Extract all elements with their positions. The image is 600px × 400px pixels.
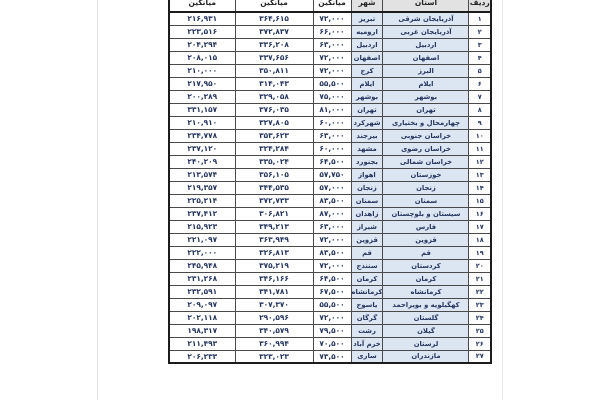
province-cell: زنجان	[383, 181, 469, 194]
rank-cell: ۲۲	[469, 285, 491, 298]
average-low-cell: ۲۱۶,۹۳۱	[169, 12, 235, 25]
rank-cell: ۶	[469, 77, 491, 90]
average-mid-cell: ۳۷۶,۰۳۵	[235, 103, 313, 116]
average-low-cell: ۲۲۱,۰۹۷	[169, 233, 235, 246]
average-low-cell: ۲۳۷,۱۲۰	[169, 142, 235, 155]
average-city-cell: ۷۵,۰۰۰	[313, 90, 351, 103]
column-header-average-3: میانگین	[169, 0, 235, 12]
average-low-cell: ۱۹۸,۳۱۷	[169, 324, 235, 337]
average-mid-cell: ۳۴۹,۲۱۳	[235, 220, 313, 233]
province-cell: گلستان	[383, 311, 469, 324]
average-city-cell: ۸۷,۰۰۰	[313, 207, 351, 220]
table-row: ۳اردبیلاردبیل۶۳,۰۰۰۳۳۶,۲۰۸۲۰۴,۲۹۴	[169, 38, 491, 51]
city-cell: بوشهر	[351, 90, 383, 103]
province-cell: سمنان	[383, 194, 469, 207]
province-cell: لرستان	[383, 337, 469, 350]
table-row: ۱۰خراسان جنوبیبیرجند۶۳,۰۰۰۳۵۳,۶۲۳۲۳۴,۷۷۸	[169, 129, 491, 142]
column-header-average-1: میانگین	[313, 0, 351, 12]
rank-cell: ۱۹	[469, 246, 491, 259]
city-cell: ساری	[351, 350, 383, 363]
average-city-cell: ۶۳,۰۰۰	[313, 220, 351, 233]
rank-cell: ۱۴	[469, 181, 491, 194]
average-city-cell: ۶۷,۵۰۰	[313, 285, 351, 298]
average-city-cell: ۷۲,۰۰۰	[313, 64, 351, 77]
rank-cell: ۲۱	[469, 272, 491, 285]
average-mid-cell: ۳۷۵,۲۱۹	[235, 259, 313, 272]
province-cell: سیستان و بلوچستان	[383, 207, 469, 220]
average-mid-cell: ۳۴۶,۱۶۶	[235, 272, 313, 285]
province-cell: مازندران	[383, 350, 469, 363]
city-cell: گرگان	[351, 311, 383, 324]
average-low-cell: ۲۳۲,۵۹۱	[169, 285, 235, 298]
rank-cell: ۱۱	[469, 142, 491, 155]
average-mid-cell: ۳۳۷,۶۵۶	[235, 51, 313, 64]
table-header: ردیف استان شهر میانگین میانگین میانگین	[169, 0, 491, 12]
rank-cell: ۷	[469, 90, 491, 103]
average-low-cell: ۲۳۱,۲۶۸	[169, 272, 235, 285]
table-row: ۱۹قمقم۸۳,۵۰۰۳۲۶,۸۱۳۲۲۲,۰۰۰	[169, 246, 491, 259]
rank-cell: ۲۷	[469, 350, 491, 363]
average-city-cell: ۵۷,۷۵۰	[313, 168, 351, 181]
rank-cell: ۱۸	[469, 233, 491, 246]
average-city-cell: ۶۳,۰۰۰	[313, 129, 351, 142]
average-mid-cell: ۳۵۶,۱۰۵	[235, 168, 313, 181]
province-cell: گیلان	[383, 324, 469, 337]
average-low-cell: ۲۰۶,۲۳۳	[169, 350, 235, 363]
average-city-cell: ۶۶,۰۰۰	[313, 25, 351, 38]
table-row: ۷بوشهربوشهر۷۵,۰۰۰۳۲۹,۰۵۸۲۰۰,۲۸۹	[169, 90, 491, 103]
average-city-cell: ۷۲,۰۰۰	[313, 51, 351, 64]
average-city-cell: ۷۹,۵۰۰	[313, 324, 351, 337]
rank-cell: ۲۳	[469, 298, 491, 311]
table-row: ۱۴زنجانزنجان۵۷,۰۰۰۳۴۴,۵۳۵۲۱۹,۳۵۷	[169, 181, 491, 194]
average-city-cell: ۸۱,۰۰۰	[313, 103, 351, 116]
average-mid-cell: ۳۱۴,۰۴۳	[235, 77, 313, 90]
rank-cell: ۱۵	[469, 194, 491, 207]
table-body: ۱آذربایجان شرقیتبریز۷۲,۰۰۰۳۶۴,۶۱۵۲۱۶,۹۳۱…	[169, 12, 491, 363]
table-row: ۲۶لرستانخرم آباد۷۰,۵۰۰۳۶۰,۹۹۴۲۱۱,۴۹۳	[169, 337, 491, 350]
province-cell: چهارمحال و بختیاری	[383, 116, 469, 129]
province-cell: خراسان جنوبی	[383, 129, 469, 142]
average-mid-cell: ۳۷۲,۷۳۳	[235, 194, 313, 207]
average-city-cell: ۶۰,۰۰۰	[313, 116, 351, 129]
average-low-cell: ۲۳۷,۴۱۲	[169, 207, 235, 220]
city-cell: تبریز	[351, 12, 383, 25]
average-low-cell: ۲۴۰,۲۰۹	[169, 155, 235, 168]
average-mid-cell: ۳۰۷,۳۷۰	[235, 298, 313, 311]
average-low-cell: ۲۱۷,۹۵۰	[169, 77, 235, 90]
table-row: ۶ایلامایلام۵۵,۵۰۰۳۱۴,۰۴۳۲۱۷,۹۵۰	[169, 77, 491, 90]
average-low-cell: ۲۲۳,۵۱۶	[169, 25, 235, 38]
header-row: ردیف استان شهر میانگین میانگین میانگین	[169, 0, 491, 12]
average-low-cell: ۲۳۴,۷۷۸	[169, 129, 235, 142]
average-low-cell: ۲۱۳,۵۷۴	[169, 168, 235, 181]
average-city-cell: ۷۲,۰۰۰	[313, 311, 351, 324]
average-mid-cell: ۳۲۳,۰۲۳	[235, 350, 313, 363]
average-mid-cell: ۳۴۱,۷۸۱	[235, 285, 313, 298]
average-low-cell: ۲۱۹,۳۵۷	[169, 181, 235, 194]
city-cell: اهواز	[351, 168, 383, 181]
average-city-cell: ۵۷,۰۰۰	[313, 181, 351, 194]
average-low-cell: ۲۰۰,۲۸۹	[169, 90, 235, 103]
table-row: ۲۲کرمانشاهکرمانشاه۶۷,۵۰۰۳۴۱,۷۸۱۲۳۲,۵۹۱	[169, 285, 491, 298]
average-low-cell: ۲۱۱,۴۹۳	[169, 337, 235, 350]
average-mid-cell: ۳۲۷,۸۰۵	[235, 116, 313, 129]
city-cell: بیرجند	[351, 129, 383, 142]
average-mid-cell: ۳۳۵,۰۲۴	[235, 155, 313, 168]
average-mid-cell: ۳۶۰,۹۹۴	[235, 337, 313, 350]
column-header-province: استان	[383, 0, 469, 12]
province-cell: بوشهر	[383, 90, 469, 103]
province-cell: قم	[383, 246, 469, 259]
average-low-cell: ۲۱۰,۰۰۰	[169, 64, 235, 77]
average-city-cell: ۵۵,۵۰۰	[313, 77, 351, 90]
average-low-cell: ۳۳۱,۱۵۷	[169, 103, 235, 116]
city-cell: قزوین	[351, 233, 383, 246]
city-cell: ایلام	[351, 77, 383, 90]
city-cell: زنجان	[351, 181, 383, 194]
average-mid-cell: ۳۲۴,۲۸۴	[235, 142, 313, 155]
average-low-cell: ۲۲۲,۰۰۰	[169, 246, 235, 259]
average-mid-cell: ۳۲۶,۸۱۳	[235, 246, 313, 259]
table-row: ۲۱کرمانکرمان۶۴,۵۰۰۳۴۶,۱۶۶۲۳۱,۲۶۸	[169, 272, 491, 285]
city-cell: مشهد	[351, 142, 383, 155]
average-low-cell: ۲۱۵,۹۲۳	[169, 220, 235, 233]
average-city-cell: ۸۳,۵۰۰	[313, 194, 351, 207]
table-row: ۱۷فارسشیراز۶۳,۰۰۰۳۴۹,۲۱۳۲۱۵,۹۲۳	[169, 220, 491, 233]
average-low-cell: ۲۴۵,۹۴۸	[169, 259, 235, 272]
table-row: ۱۳خوزستاناهواز۵۷,۷۵۰۳۵۶,۱۰۵۲۱۳,۵۷۴	[169, 168, 491, 181]
scanned-table-photo: ردیف استان شهر میانگین میانگین میانگین ۱…	[97, 0, 503, 400]
province-cell: کرمانشاه	[383, 285, 469, 298]
average-city-cell: ۶۳,۰۰۰	[313, 38, 351, 51]
average-low-cell: ۲۰۸,۰۱۵	[169, 51, 235, 64]
table-row: ۵البرزکرج۷۲,۰۰۰۳۵۰,۸۱۱۲۱۰,۰۰۰	[169, 64, 491, 77]
province-cell: ایلام	[383, 77, 469, 90]
province-cell: خراسان شمالی	[383, 155, 469, 168]
average-mid-cell: ۳۴۴,۵۳۵	[235, 181, 313, 194]
city-cell: قم	[351, 246, 383, 259]
city-cell: شیراز	[351, 220, 383, 233]
table-row: ۱۲خراسان شمالیبجنورد۶۴,۵۰۰۳۳۵,۰۲۴۲۴۰,۲۰۹	[169, 155, 491, 168]
table-row: ۱۶سیستان و بلوچستانزاهدان۸۷,۰۰۰۳۰۶,۸۲۱۲۳…	[169, 207, 491, 220]
city-cell: کرج	[351, 64, 383, 77]
rank-cell: ۱۶	[469, 207, 491, 220]
average-mid-cell: ۳۰۶,۸۲۱	[235, 207, 313, 220]
city-cell: تهران	[351, 103, 383, 116]
table-row: ۱۱خراسان رضویمشهد۶۰,۰۰۰۳۲۴,۲۸۴۲۳۷,۱۲۰	[169, 142, 491, 155]
table-row: ۲۷مازندرانساری۷۳,۵۰۰۳۲۳,۰۲۳۲۰۶,۲۳۳	[169, 350, 491, 363]
province-cell: آذربایجان غربی	[383, 25, 469, 38]
province-cell: خوزستان	[383, 168, 469, 181]
average-city-cell: ۷۲,۰۰۰	[313, 12, 351, 25]
column-header-rank: ردیف	[469, 0, 491, 12]
city-cell: کرمان	[351, 272, 383, 285]
average-mid-cell: ۲۹۰,۵۹۶	[235, 311, 313, 324]
average-mid-cell: ۳۶۴,۶۱۵	[235, 12, 313, 25]
table-row: ۸تهرانتهران۸۱,۰۰۰۳۷۶,۰۳۵۳۳۱,۱۵۷	[169, 103, 491, 116]
average-city-cell: ۷۰,۵۰۰	[313, 337, 351, 350]
rank-cell: ۹	[469, 116, 491, 129]
average-city-cell: ۶۴,۵۰۰	[313, 272, 351, 285]
table-row: ۹چهارمحال و بختیاریشهرکرد۶۰,۰۰۰۳۲۷,۸۰۵۲۱…	[169, 116, 491, 129]
average-low-cell: ۲۱۰,۹۱۰	[169, 116, 235, 129]
city-cell: کرمانشاه	[351, 285, 383, 298]
province-cell: کهگیلویه و بویراحمد	[383, 298, 469, 311]
average-city-cell: ۵۵,۵۰۰	[313, 298, 351, 311]
city-cell: زاهدان	[351, 207, 383, 220]
province-cell: البرز	[383, 64, 469, 77]
average-mid-cell: ۳۴۰,۵۷۹	[235, 324, 313, 337]
city-cell: سمنان	[351, 194, 383, 207]
city-cell: اردبیل	[351, 38, 383, 51]
average-mid-cell: ۳۲۹,۰۵۸	[235, 90, 313, 103]
rank-cell: ۱۳	[469, 168, 491, 181]
city-cell: خرم آباد	[351, 337, 383, 350]
rank-cell: ۴	[469, 51, 491, 64]
rank-cell: ۱۷	[469, 220, 491, 233]
rank-cell: ۲۵	[469, 324, 491, 337]
average-mid-cell: ۳۶۳,۹۴۹	[235, 233, 313, 246]
table-row: ۲۵گیلانرشت۷۹,۵۰۰۳۴۰,۵۷۹۱۹۸,۳۱۷	[169, 324, 491, 337]
rank-cell: ۱	[469, 12, 491, 25]
city-cell: شهرکرد	[351, 116, 383, 129]
rank-cell: ۱۰	[469, 129, 491, 142]
average-city-cell: ۷۲,۰۰۰	[313, 233, 351, 246]
average-city-cell: ۶۰,۰۰۰	[313, 142, 351, 155]
table-row: ۱۵سمنانسمنان۸۳,۵۰۰۳۷۲,۷۳۳۲۲۵,۲۱۴	[169, 194, 491, 207]
average-low-cell: ۲۰۴,۲۹۴	[169, 38, 235, 51]
city-cell: رشت	[351, 324, 383, 337]
table-row: ۲۳کهگیلویه و بویراحمدیاسوج۵۵,۵۰۰۳۰۷,۳۷۰۲…	[169, 298, 491, 311]
column-header-city: شهر	[351, 0, 383, 12]
city-cell: ارومیه	[351, 25, 383, 38]
table-row: ۲۴گلستانگرگان۷۲,۰۰۰۲۹۰,۵۹۶۲۰۲,۱۱۸	[169, 311, 491, 324]
average-city-cell: ۷۳,۵۰۰	[313, 350, 351, 363]
rank-cell: ۸	[469, 103, 491, 116]
average-mid-cell: ۳۵۰,۸۱۱	[235, 64, 313, 77]
average-city-cell: ۸۳,۵۰۰	[313, 246, 351, 259]
table-row: ۱آذربایجان شرقیتبریز۷۲,۰۰۰۳۶۴,۶۱۵۲۱۶,۹۳۱	[169, 12, 491, 25]
table-row: ۱۸قزوینقزوین۷۲,۰۰۰۳۶۳,۹۴۹۲۲۱,۰۹۷	[169, 233, 491, 246]
average-low-cell: ۲۲۵,۲۱۴	[169, 194, 235, 207]
average-mid-cell: ۳۵۳,۶۲۳	[235, 129, 313, 142]
city-cell: یاسوج	[351, 298, 383, 311]
province-cell: خراسان رضوی	[383, 142, 469, 155]
city-cell: اصفهان	[351, 51, 383, 64]
province-cell: قزوین	[383, 233, 469, 246]
rank-cell: ۵	[469, 64, 491, 77]
average-mid-cell: ۳۷۲,۸۳۷	[235, 25, 313, 38]
province-cell: تهران	[383, 103, 469, 116]
average-city-cell: ۶۴,۵۰۰	[313, 155, 351, 168]
province-cell: فارس	[383, 220, 469, 233]
table-row: ۲۰کردستانسنندج۷۲,۰۰۰۳۷۵,۲۱۹۲۴۵,۹۴۸	[169, 259, 491, 272]
province-cell: کردستان	[383, 259, 469, 272]
table-row: ۴اصفهاناصفهان۷۲,۰۰۰۳۳۷,۶۵۶۲۰۸,۰۱۵	[169, 51, 491, 64]
average-low-cell: ۲۰۹,۰۹۷	[169, 298, 235, 311]
table-row: ۲آذربایجان غربیارومیه۶۶,۰۰۰۳۷۲,۸۳۷۲۲۳,۵۱…	[169, 25, 491, 38]
city-cell: سنندج	[351, 259, 383, 272]
province-cell: اصفهان	[383, 51, 469, 64]
column-header-average-2: میانگین	[235, 0, 313, 12]
rank-cell: ۲۰	[469, 259, 491, 272]
rank-cell: ۲۴	[469, 311, 491, 324]
rank-cell: ۲	[469, 25, 491, 38]
city-cell: بجنورد	[351, 155, 383, 168]
rank-cell: ۱۲	[469, 155, 491, 168]
page: ردیف استان شهر میانگین میانگین میانگین ۱…	[0, 0, 600, 400]
provinces-averages-table: ردیف استان شهر میانگین میانگین میانگین ۱…	[168, 0, 492, 364]
rank-cell: ۲۶	[469, 337, 491, 350]
rank-cell: ۳	[469, 38, 491, 51]
province-cell: کرمان	[383, 272, 469, 285]
average-low-cell: ۲۰۲,۱۱۸	[169, 311, 235, 324]
average-mid-cell: ۳۳۶,۲۰۸	[235, 38, 313, 51]
province-cell: آذربایجان شرقی	[383, 12, 469, 25]
province-cell: اردبیل	[383, 38, 469, 51]
average-city-cell: ۷۲,۰۰۰	[313, 259, 351, 272]
